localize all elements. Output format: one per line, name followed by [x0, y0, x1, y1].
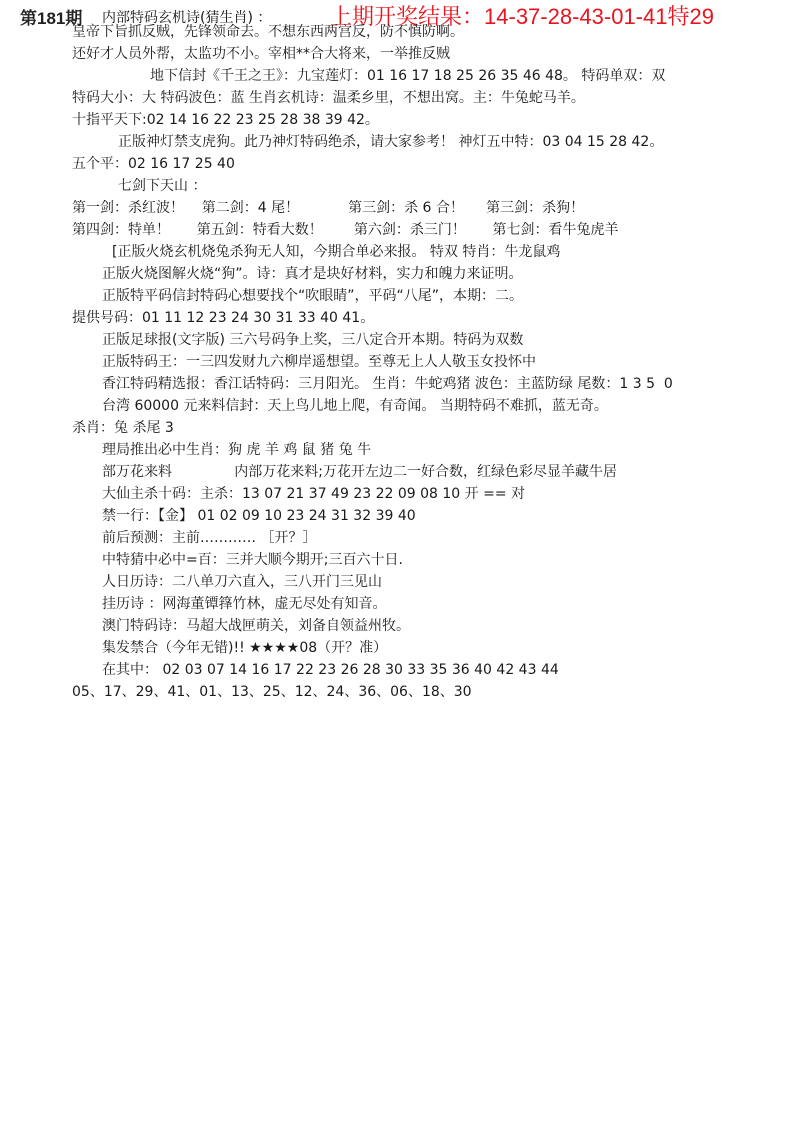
text-line: 理局推出必中生肖：狗 虎 羊 鸡 鼠 猪 兔 牛	[102, 441, 371, 459]
text-line: 五个平：02 16 17 25 40	[72, 155, 235, 173]
text-line: 澳门特码诗：马超大战匣萌关，刘备自领益州牧。	[102, 617, 410, 635]
text-line: 杀肖：兔 杀尾 3	[72, 419, 174, 437]
text-line: 人日历诗：二八单刀六直入，三八开门三见山	[102, 573, 382, 591]
text-line: 正版火烧图解火烧“狗”。诗：真才是块好材料，实力和魄力来证明。	[102, 265, 523, 283]
text-line: 七剑下天山 ：	[118, 177, 206, 195]
text-line: 05、17、29、41、01、13、25、12、24、36、06、18、30	[72, 683, 472, 701]
text-line: 正版特码王：一三四发财九六柳岸遥想望。至尊无上人人敬玉女投怀中	[102, 353, 536, 371]
text-line: 正版足球报(文字版) 三六号码争上奖，三八定合开本期。特码为双数	[102, 331, 523, 349]
text-line: 第四剑：特单！ 第五剑：特看大数！ 第六剑：杀三门！ 第七剑：看牛兔虎羊	[72, 221, 619, 239]
text-line: 地下信封《千王之王》：九宝莲灯：01 16 17 18 25 26 35 46 …	[150, 67, 665, 85]
text-line: 香江特码精选报：香江话特码：三月阳光。 生肖：牛蛇鸡猪 波色：主蓝防绿 尾数：1…	[102, 375, 673, 393]
text-line: 禁一行：【金】 01 02 09 10 23 24 31 32 39 40	[102, 507, 416, 525]
text-line: 在其中： 02 03 07 14 16 17 22 23 26 28 30 33…	[102, 661, 559, 679]
text-line: 部万花来料 内部万花来料;万花开左边二一好合数，红绿色彩尽显羊藏牛居	[102, 463, 617, 481]
text-line: 中特猜中必中=百：三并大顺今期开;三百六十日.	[102, 551, 403, 569]
text-line: 前后预测：主前………… ［开？］	[102, 529, 316, 547]
last-result-value: 14-37-28-43-01-41特29	[484, 4, 714, 29]
text-line: 台湾 60000 元来料信封：天上鸟儿地上爬，有奇闻。 当期特码不难抓，蓝无奇。	[102, 397, 608, 415]
text-line: 特码大小：大 特码波色：蓝 生肖玄机诗：温柔乡里，不想出窝。主：牛兔蛇马羊。	[72, 89, 585, 107]
text-line: 挂历诗 ：网海董镡箨竹林，虚无尽处有知音。	[102, 595, 386, 613]
text-line: 正版神灯禁支虎狗。此乃神灯特码绝杀，请大家参考！ 神灯五中特：03 04 15 …	[118, 133, 663, 151]
text-line: 提供号码：01 11 12 23 24 30 31 33 40 41。	[72, 309, 374, 327]
text-line: 皇帝下旨抓反贼，先锋领命去。不想东西两宫反，防不慎防啊。	[72, 23, 464, 41]
text-line: 集发禁合（今年无错)!! ★★★★08（开？准）	[102, 639, 387, 657]
text-line: [正版火烧玄机烧兔杀狗无人知，今期合单必来报。 特双 特肖：牛龙鼠鸡	[112, 243, 560, 261]
text-line: 正版特平码信封特码心想要找个“吹眼睛”，平码“八尾”，本期：二。	[102, 287, 523, 305]
text-line: 十指平天下:02 14 16 22 23 25 28 38 39 42。	[72, 111, 379, 129]
text-line: 大仙主杀十码：主杀：13 07 21 37 49 23 22 09 08 10 …	[102, 485, 525, 503]
text-line: 还好才人员外帮，太监功不小。宰相**合大将来，一举推反贼	[72, 45, 450, 63]
text-line: 第一剑：杀红波！ 第二剑：4 尾！ 第三剑：杀 6 合！ 第三剑：杀狗！	[72, 199, 584, 217]
